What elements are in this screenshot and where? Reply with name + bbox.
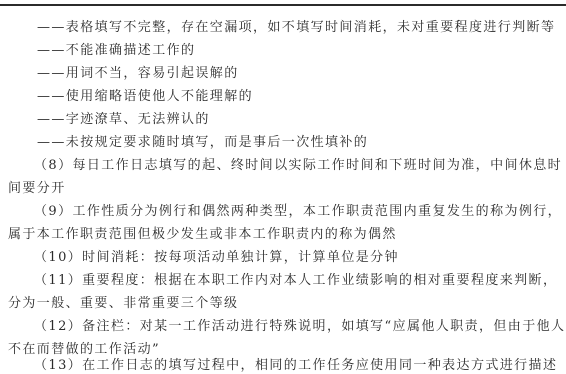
dash-item: ——不能准确描述工作的 [37, 42, 195, 60]
dash-item: ——表格填写不完整，存在空漏项，如不填写时间消耗，未对重要程度进行判断等 [37, 19, 555, 37]
dash-item: ——未按规定要求随时填写，而是事后一次性填补的 [37, 134, 368, 152]
rule-8-line-2: 间要分开 [8, 180, 66, 198]
rule-9-line-1: （9）工作性质分为例行和偶然两种类型，本工作职责范围内重复发生的称为例行， [34, 203, 562, 221]
rule-11-line-1: （11）重要程度：根据在本职工作内对本人工作业绩影响的相对重要程度来判断， [34, 272, 557, 290]
rule-12-line-1: （12）备注栏：对某一工作活动进行特殊说明，如填写“应属他人职责，但由于他人 [34, 318, 565, 336]
dash-item: ——使用缩略语使他人不能理解的 [37, 88, 253, 106]
top-rule [0, 4, 566, 6]
rule-10-line-1: （10）时间消耗：按每项活动单独计算，计算单位是分钟 [34, 249, 399, 267]
dash-item: ——字迹潦草、无法辨认的 [37, 111, 210, 129]
rule-8-line-1: （8）每日工作日志填写的起、终时间以实际工作时间和下班时间为准，中间休息时 [34, 157, 562, 175]
rule-11-line-2: 分为一般、重要、非常重要三个等级 [8, 295, 238, 313]
dash-item: ——用词不当，容易引起误解的 [37, 65, 239, 83]
rule-13-line-1: （13）在工作日志的填写过程中，相同的工作任务应使用同一种表达方式进行描述 [34, 357, 557, 374]
rule-9-line-2: 属于本工作职责范围但极少发生或非本工作职责内的称为偶然 [8, 226, 397, 244]
